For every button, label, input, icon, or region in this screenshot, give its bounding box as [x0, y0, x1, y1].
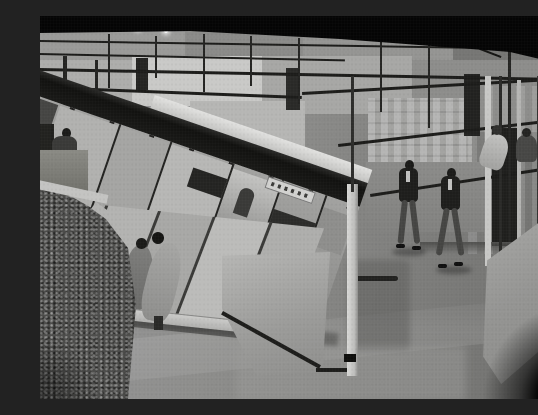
scaffold-pole: [298, 38, 300, 104]
walking-man-left: [396, 160, 426, 264]
scaffold-pole: [155, 36, 157, 78]
booth-doorway: [136, 58, 148, 90]
workers-right: [480, 120, 538, 184]
exhibition-hall-photograph: [40, 16, 538, 399]
photo-archway: [233, 186, 256, 217]
visitor-head: [152, 232, 164, 244]
scaffold-pole: [108, 34, 110, 88]
man-leg: [397, 200, 408, 244]
man-leg: [451, 208, 464, 256]
scaffold-pole: [428, 40, 430, 128]
walking-man-right: [438, 168, 468, 276]
man-shoe: [438, 264, 447, 268]
man-shoe: [412, 246, 421, 250]
man-shirt: [448, 179, 452, 190]
worker-dark-jacket: [516, 135, 537, 162]
man-shirt: [406, 171, 410, 182]
visitor-head: [136, 238, 147, 249]
white-scaffold-post: [347, 184, 358, 376]
man-leg: [409, 200, 420, 244]
scaffold-clamp: [344, 354, 356, 362]
man-shoe: [454, 262, 463, 266]
worker-head: [522, 128, 531, 137]
scaffold-pole: [250, 36, 252, 86]
man-shoe: [396, 244, 405, 248]
visitor-legs: [154, 316, 163, 330]
worker-light-jacket: [477, 131, 512, 172]
worker-head: [492, 125, 502, 135]
scaffold-pole: [380, 38, 382, 112]
scaffold-pipe-stub: [358, 276, 398, 281]
scaffold-pole: [203, 34, 205, 92]
man-leg: [436, 207, 450, 255]
scaffold-pole: [351, 76, 354, 192]
booth-wall: [132, 56, 262, 106]
